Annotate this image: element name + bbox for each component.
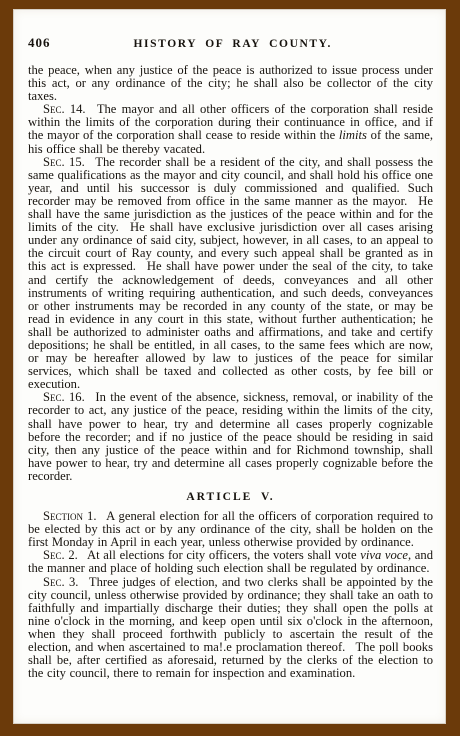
paragraph-sec-2: Sec. 2. At all elections for city office… (28, 549, 433, 575)
text-segment: Sec. (43, 155, 65, 169)
text-segment: ARTICLE V. (186, 491, 274, 503)
text-segment: 3. Three judges of election, and two cle… (28, 575, 433, 681)
paragraph-sec-14: Sec. 14. The mayor and all other officer… (28, 103, 433, 155)
text-segment: viva voce (360, 548, 408, 562)
text-segment: the peace, when any justice of the peace… (28, 63, 433, 103)
text-segment: Sec. (43, 575, 65, 589)
paragraph-sec-3: Sec. 3. Three judges of election, and tw… (28, 576, 433, 681)
page-body: the peace, when any justice of the peace… (28, 64, 433, 680)
scanned-book-page: { "colors": { "frame_brown": "#6b3a0a", … (0, 0, 460, 736)
text-segment: limits (339, 128, 367, 142)
text-segment: 15. The recorder shall be a resident of … (28, 155, 433, 392)
text-segment: Sec. (43, 390, 65, 404)
running-head: 406 HISTORY OF RAY COUNTY. (28, 35, 433, 51)
page-content-area: 406 HISTORY OF RAY COUNTY. the peace, wh… (28, 35, 433, 718)
paragraph-section-1: Section 1. A general election for all th… (28, 510, 433, 549)
paragraph-sec-15: Sec. 15. The recorder shall be a residen… (28, 156, 433, 392)
text-segment: 1. A general election for all the office… (28, 509, 433, 549)
text-segment: 2. At all elections for city officers, t… (65, 548, 361, 562)
article-v-heading: ARTICLE V. (28, 491, 433, 504)
running-title: HISTORY OF RAY COUNTY. (33, 38, 434, 50)
text-segment: Sec. (43, 102, 65, 116)
text-segment: Sec. (43, 548, 65, 562)
book-page-paper: 406 HISTORY OF RAY COUNTY. the peace, wh… (13, 9, 446, 724)
paragraph-continuation: the peace, when any justice of the peace… (28, 64, 433, 103)
text-segment: 16. In the event of the absence, sicknes… (28, 390, 433, 483)
text-segment: Section (43, 509, 83, 523)
paragraph-sec-16: Sec. 16. In the event of the absence, si… (28, 391, 433, 483)
